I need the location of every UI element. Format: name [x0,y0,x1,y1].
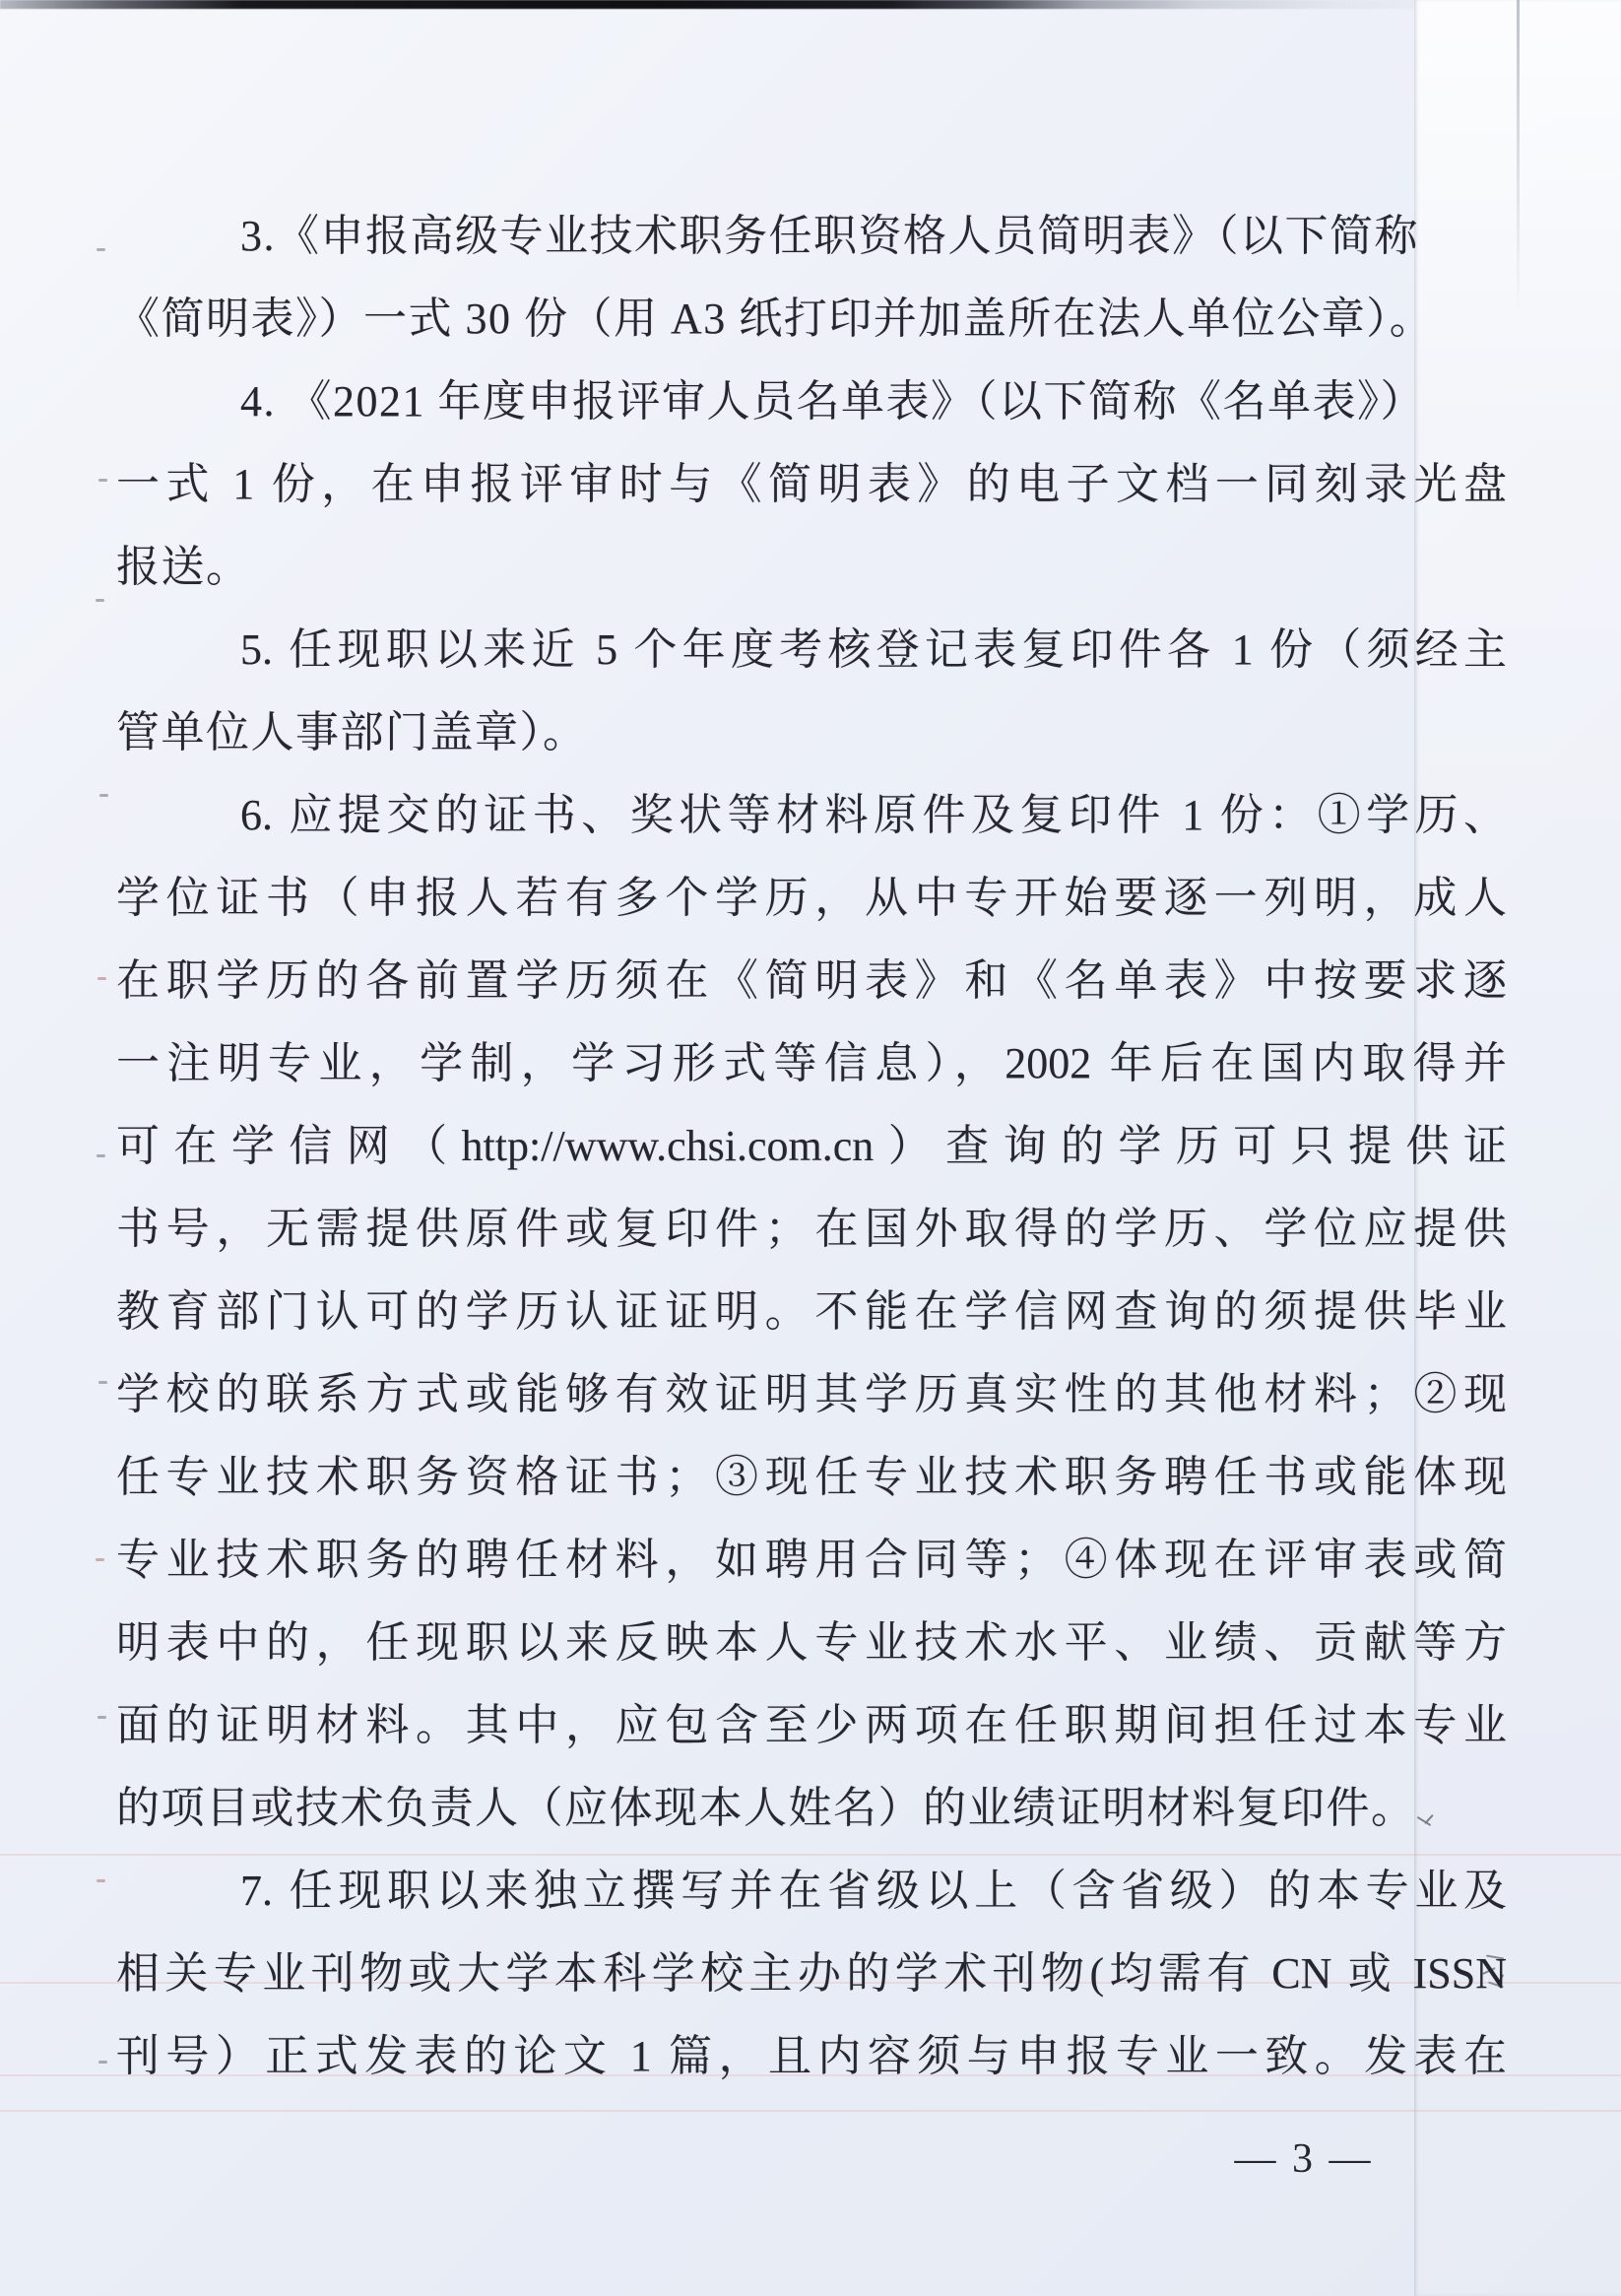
text-line: 5. 任现职以来近 5 个年度考核登记表复印件各 1 份（须经主 [116,609,1507,691]
scan-speck [98,1381,107,1384]
text-line: 4. 《2021 年度申报评审人员名单表》（以下简称《名单表》） [116,361,1507,443]
scan-speck [98,479,107,482]
scan-speck [97,1154,105,1157]
text-line: 可在学信网（http://www.chsi.com.cn）查询的学历可只提供证 [116,1105,1507,1188]
scanned-document-page: 3.《申报高级专业技术职务任职资格人员简明表》（以下简称《简明表》）一式 30 … [0,0,1621,2296]
scan-speck [97,977,106,980]
text-line: 6. 应提交的证书、奖状等材料原件及复印件 1 份：①学历、 [116,774,1507,857]
scan-top-edge-artifact [0,0,1621,9]
page-number: — 3 — [1225,2135,1383,2183]
scan-paper-edge-line [1517,0,1520,315]
scan-speck [97,1716,106,1719]
text-line: 在职学历的各前置学历须在《简明表》和《名单表》中按要求逐 [116,940,1507,1022]
text-line: 《简明表》）一式 30 份（用 A3 纸打印并加盖所在法人单位公章）。 [116,278,1507,361]
text-line: 一式 1 份，在申报评审时与《简明表》的电子文档一同刻录光盘 [116,443,1507,526]
text-line: 一注明专业，学制，学习形式等信息），2002 年后在国内取得并 [116,1022,1507,1105]
text-line: 明表中的，任现职以来反映本人专业技术水平、业绩、贡献等方 [116,1602,1507,1684]
text-line: 7. 任现职以来独立撰写并在省级以上（含省级）的本专业及 [116,1850,1507,1933]
scan-speck [96,1558,104,1561]
scan-speck [98,2061,107,2064]
text-line: 的项目或技术负责人（应体现本人姓名）的业绩证明材料复印件。 [116,1767,1507,1850]
text-line: 专业技术职务的聘任材料，如聘用合同等；④体现在评审表或简 [116,1519,1507,1602]
scan-speck [97,1879,105,1882]
text-line: 面的证明材料。其中，应包含至少两项在任职期间担任过本专业 [116,1684,1507,1767]
scan-streak-line [0,2110,1621,2112]
scan-speck [99,794,108,797]
text-line: 3.《申报高级专业技术职务任职资格人员简明表》（以下简称 [116,195,1507,278]
scan-speck [97,248,105,251]
document-body: 3.《申报高级专业技术职务任职资格人员简明表》（以下简称《简明表》）一式 30 … [116,195,1507,2098]
text-line: 管单位人事部门盖章）。 [116,691,1507,774]
text-line: 相关专业刊物或大学本科学校主办的学术刊物(均需有 CN 或 ISSN [116,1933,1507,2015]
text-line: 刊号）正式发表的论文 1 篇，且内容须与申报专业一致。发表在 [116,2015,1507,2098]
text-line: 报送。 [116,526,1507,609]
text-line: 书号，无需提供原件或复印件；在国外取得的学历、学位应提供 [116,1188,1507,1271]
text-line: 教育部门认可的学历认证证明。不能在学信网查询的须提供毕业 [116,1271,1507,1353]
text-line: 学位证书（申报人若有多个学历，从中专开始要逐一列明，成人 [116,857,1507,940]
text-line: 任专业技术职务资格证书；③现任专业技术职务聘任书或能体现 [116,1436,1507,1519]
scan-speck [96,599,104,602]
text-line: 学校的联系方式或能够有效证明其学历真实性的其他材料；②现 [116,1353,1507,1436]
